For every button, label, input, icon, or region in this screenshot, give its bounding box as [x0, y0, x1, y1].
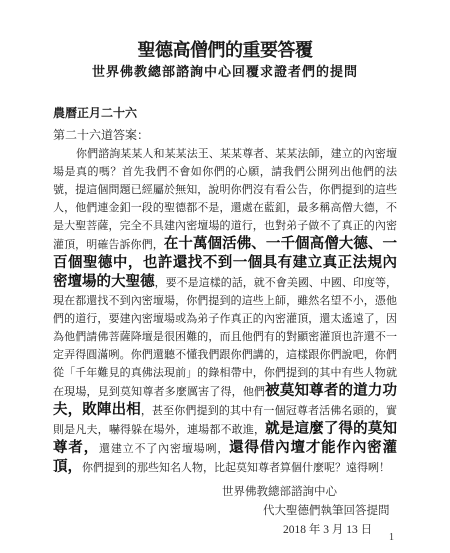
document-page: 聖德高僧們的重要答覆 世界佛教總部諮詢中心回覆求證者們的提問 農曆正月二十六 第…	[0, 0, 450, 553]
lunar-date-heading: 農曆正月二十六	[53, 106, 397, 121]
page-number: 1	[389, 532, 394, 543]
answer-number-heading: 第二十六道答案：	[53, 128, 397, 143]
signature-block: 世界佛教總部諮詢中心 代大聖德們執筆回答提問 2018 年 3 月 13 日	[53, 483, 397, 540]
answer-paragraph: 你們諮詢某某人和某某法王、某某尊者、某某法師，建立的內密壇場是真的嗎？首先我們不…	[53, 145, 397, 477]
page-title: 聖德高僧們的重要答覆	[53, 40, 397, 60]
paragraph-segment: 還建立不了內密壇場咧，	[99, 443, 229, 455]
page-subtitle: 世界佛教總部諮詢中心回覆求證者們的提問	[53, 64, 397, 80]
signature-date: 2018 年 3 月 13 日	[283, 521, 397, 540]
paragraph-segment: ，要不是這樣的話，就不會美國、中國、印度等，現在都還找不到內密壇場，你們提到的這…	[53, 277, 397, 398]
signature-author: 代大聖德們執筆回答提問	[263, 502, 397, 521]
signature-organization: 世界佛教總部諮詢中心	[222, 483, 397, 502]
paragraph-segment: 你們提到的那些知名人物，比起莫知尊者算個什麼呢？遠得咧！	[82, 462, 390, 474]
